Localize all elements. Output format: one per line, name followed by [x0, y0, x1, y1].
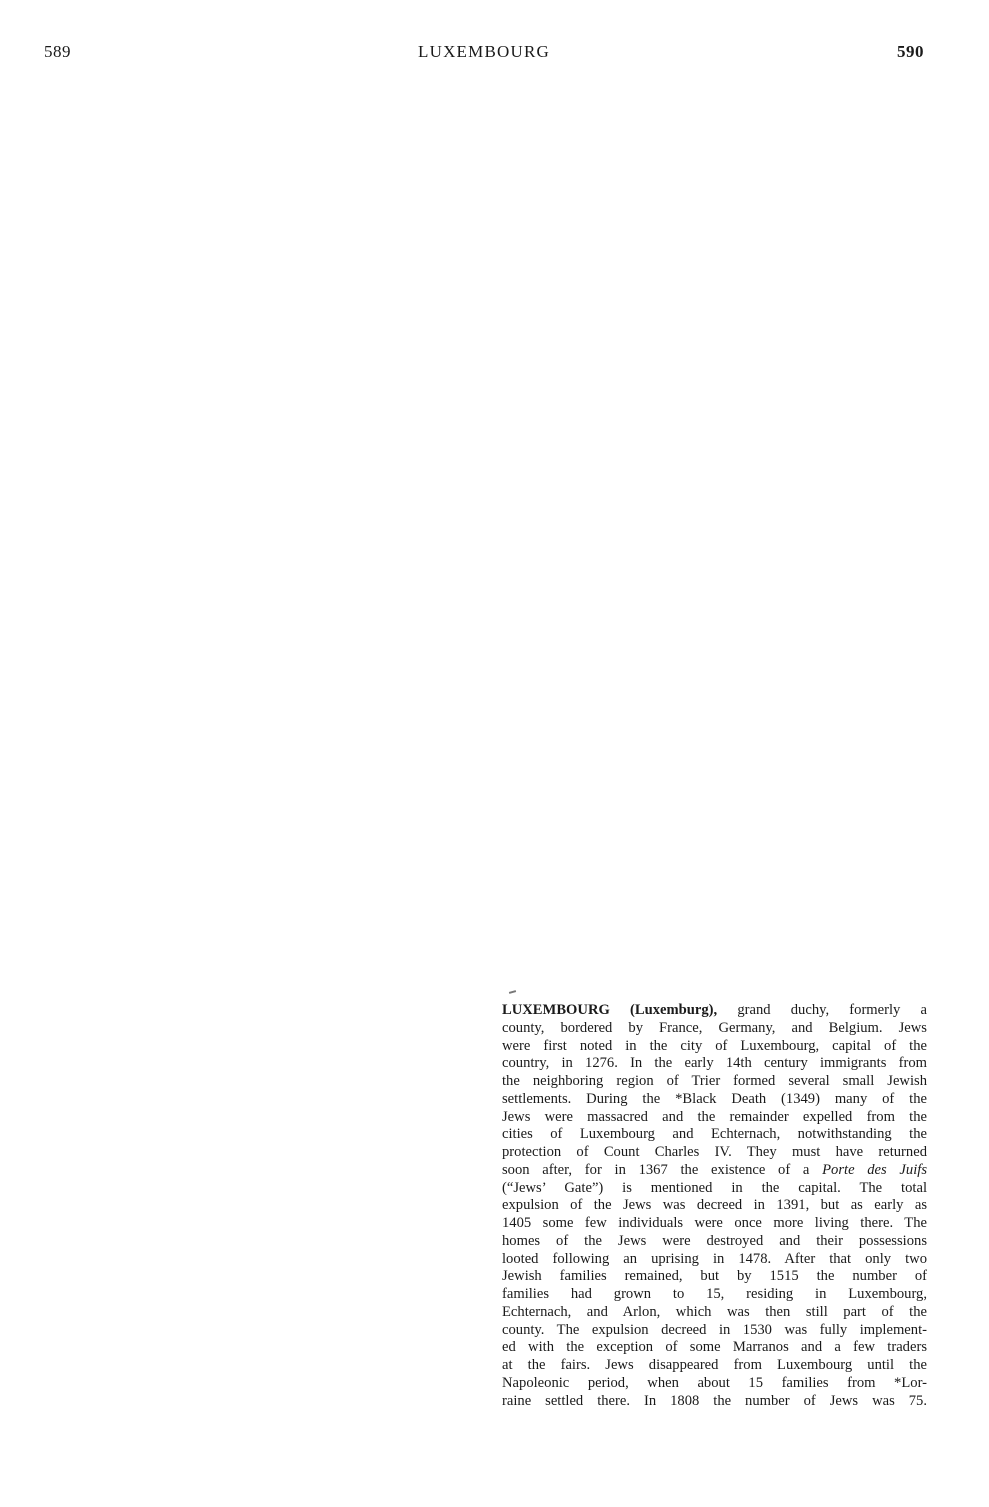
running-title: LUXEMBOURG [0, 42, 968, 62]
alternate-name: (Luxemburg), [630, 1002, 717, 1018]
article-line: raine settled there. In 1808 the number … [502, 1393, 927, 1411]
article-line: expulsion of the Jews was decreed in 139… [502, 1197, 927, 1215]
article-line: LUXEMBOURG (Luxemburg), grand duchy, for… [502, 1002, 927, 1020]
encyclopedia-article: LUXEMBOURG (Luxemburg), grand duchy, for… [502, 1002, 927, 1410]
article-line: (“Jews’ Gate”) is mentioned in the capit… [502, 1180, 927, 1198]
article-line: cities of Luxembourg and Echternach, not… [502, 1126, 927, 1144]
article-line: 1405 some few individuals were once more… [502, 1215, 927, 1233]
article-line: looted following an uprising in 1478. Af… [502, 1251, 927, 1269]
italic-term: Porte des Juifs [822, 1162, 927, 1178]
article-line: Napoleonic period, when about 15 familie… [502, 1375, 927, 1393]
article-line: country, in 1276. In the early 14th cent… [502, 1055, 927, 1073]
article-line: Echternach, and Arlon, which was then st… [502, 1304, 927, 1322]
article-line: Jewish families remained, but by 1515 th… [502, 1268, 927, 1286]
article-line: county, bordered by France, Germany, and… [502, 1020, 927, 1038]
article-line: settlements. During the *Black Death (13… [502, 1091, 927, 1109]
article-line: protection of Count Charles IV. They mus… [502, 1144, 927, 1162]
article-line: county. The expulsion decreed in 1530 wa… [502, 1322, 927, 1340]
right-page-number: 590 [897, 42, 924, 62]
article-line: homes of the Jews were destroyed and the… [502, 1233, 927, 1251]
article-line: ed with the exception of some Marranos a… [502, 1339, 927, 1357]
print-mark [509, 990, 516, 994]
article-line: families had grown to 15, residing in Lu… [502, 1286, 927, 1304]
article-line: Jews were massacred and the remainder ex… [502, 1109, 927, 1127]
article-line: were first noted in the city of Luxembou… [502, 1038, 927, 1056]
article-line: soon after, for in 1367 the existence of… [502, 1162, 927, 1180]
article-line: the neighboring region of Trier formed s… [502, 1073, 927, 1091]
headword: LUXEMBOURG [502, 1002, 610, 1018]
article-line: at the fairs. Jews disappeared from Luxe… [502, 1357, 927, 1375]
